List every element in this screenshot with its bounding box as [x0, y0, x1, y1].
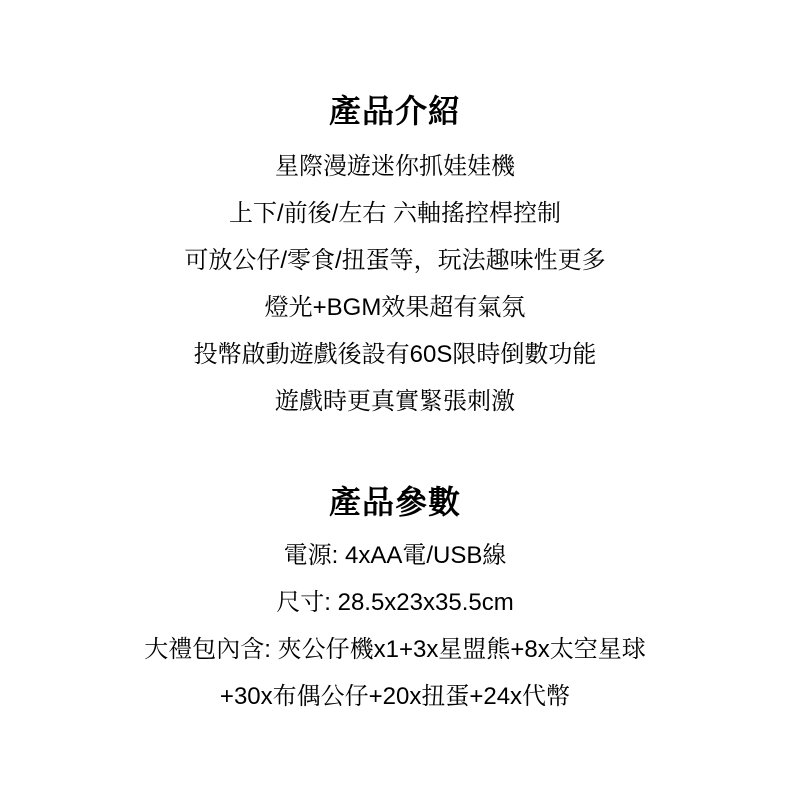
product-description-page: 產品介紹 星際漫遊迷你抓娃娃機 上下/前後/左右 六軸搖控桿控制 可放公仔/零食…	[0, 0, 790, 800]
spec-line-power: 電源: 4xAA電/USB線	[0, 532, 790, 579]
specs-section-title: 產品參數	[0, 483, 790, 521]
intro-line-excitement: 遊戲時更真實緊張刺激	[0, 378, 790, 425]
spec-line-bundle-contents-1: 大禮包內含: 夾公仔機x1+3x星盟熊+8x太空星球	[0, 626, 790, 673]
intro-line-contents-playability: 可放公仔/零食/扭蛋等，玩法趣味性更多	[0, 237, 790, 284]
spec-line-dimensions: 尺寸: 28.5x23x35.5cm	[0, 579, 790, 626]
intro-line-light-bgm: 燈光+BGM效果超有氣氛	[0, 284, 790, 331]
intro-section-title: 產品介紹	[0, 92, 790, 130]
spec-line-bundle-contents-2: +30x布偶公仔+20x扭蛋+24x代幣	[0, 673, 790, 720]
intro-line-product-name: 星際漫遊迷你抓娃娃機	[0, 143, 790, 190]
intro-line-countdown: 投幣啟動遊戲後設有60S限時倒數功能	[0, 331, 790, 378]
intro-line-controls: 上下/前後/左右 六軸搖控桿控制	[0, 190, 790, 237]
product-specs-section: 產品參數 電源: 4xAA電/USB線 尺寸: 28.5x23x35.5cm 大…	[0, 483, 790, 720]
product-intro-section: 產品介紹 星際漫遊迷你抓娃娃機 上下/前後/左右 六軸搖控桿控制 可放公仔/零食…	[0, 92, 790, 425]
